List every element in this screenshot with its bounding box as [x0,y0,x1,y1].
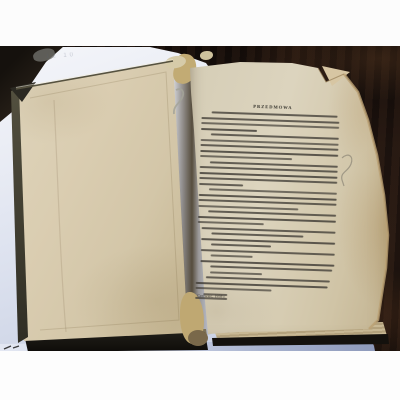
spine-glue-dark-spot [188,330,208,346]
text-line-bar [206,276,330,282]
text-line-bar [208,210,336,216]
text-line-bar [200,155,292,160]
text-line-bar [195,287,271,292]
text-line-bar [212,111,338,117]
white-background-bottom [0,351,400,400]
text-line-bar [211,254,253,257]
text-line-bar [198,204,298,209]
text-line-bar [198,221,264,225]
text-line-bar [201,127,257,131]
body-text-lines [195,111,343,294]
preface-text-block: PRZEDMOWA Czerwiec, 1958 r. [195,102,344,317]
left-endpaper-board [14,59,192,343]
text-line-bar [211,243,271,247]
photo-open-vintage-book: 12 10 PRZEDMOWA Czerwiec, 1958 r. [0,0,400,400]
text-line-bar [211,133,339,139]
text-line-bar [210,265,332,271]
text-line-bar [199,182,243,186]
text-line-bar [210,271,262,275]
text-line-bar [211,232,303,237]
text-line-bar [209,188,337,194]
